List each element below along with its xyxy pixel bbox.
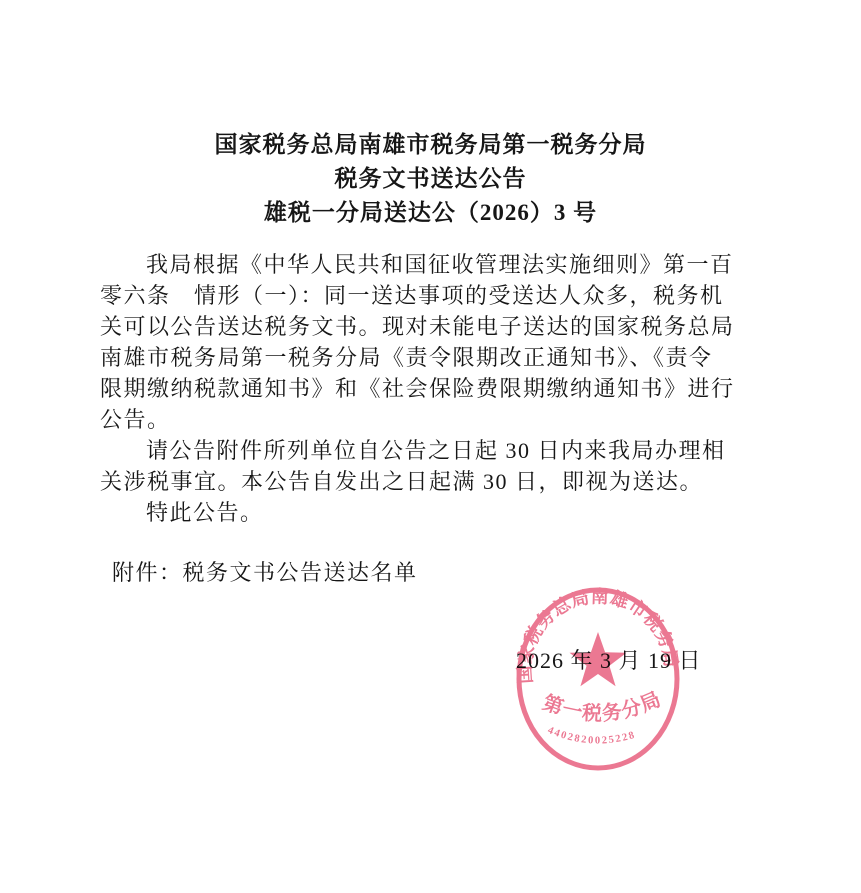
- body-line: 关可以公告送达税务文书。现对未能电子送达的国家税务总局: [100, 311, 772, 342]
- attachment-line: 附件：税务文书公告送达名单: [112, 556, 418, 587]
- body-line: 限期缴纳税款通知书》和《社会保险费限期缴纳通知书》进行: [100, 373, 772, 404]
- title-line-2: 税务文书送达公告: [0, 162, 861, 196]
- body-line: 零六条 情形（一）：同一送达事项的受送达人众多，税务机: [100, 280, 772, 311]
- document-page: 国家税务总局南雄市税务局第一税务分局 税务文书送达公告 雄税一分局送达公（202…: [0, 0, 861, 893]
- title-line-1: 国家税务总局南雄市税务局第一税务分局: [0, 128, 861, 162]
- body-line: 我局根据《中华人民共和国征收管理法实施细则》第一百: [100, 249, 772, 280]
- title-line-3-doc-number: 雄税一分局送达公（2026）3 号: [0, 196, 861, 230]
- document-title-block: 国家税务总局南雄市税务局第一税务分局 税务文书送达公告 雄税一分局送达公（202…: [0, 128, 861, 230]
- announcement-body: 我局根据《中华人民共和国征收管理法实施细则》第一百 零六条 情形（一）：同一送达…: [100, 249, 772, 528]
- seal-star-icon: [570, 632, 627, 686]
- body-line: 请公告附件所列单位自公告之日起 30 日内来我局办理相: [100, 435, 772, 466]
- body-line: 公告。: [100, 404, 772, 435]
- seal-banner-text: 第一税务分局: [540, 687, 665, 725]
- body-line: 南雄市税务局第一税务分局《责令限期改正通知书》、《责令: [100, 342, 772, 373]
- body-line: 特此公告。: [100, 497, 772, 528]
- seal-serial-number: 4402820025228: [546, 725, 637, 747]
- official-seal: 国家税务总局南雄市税务局 第一税务分局 4402820025228: [512, 583, 684, 775]
- body-line: 关涉税事宜。本公告自发出之日起满 30 日，即视为送达。: [100, 466, 772, 497]
